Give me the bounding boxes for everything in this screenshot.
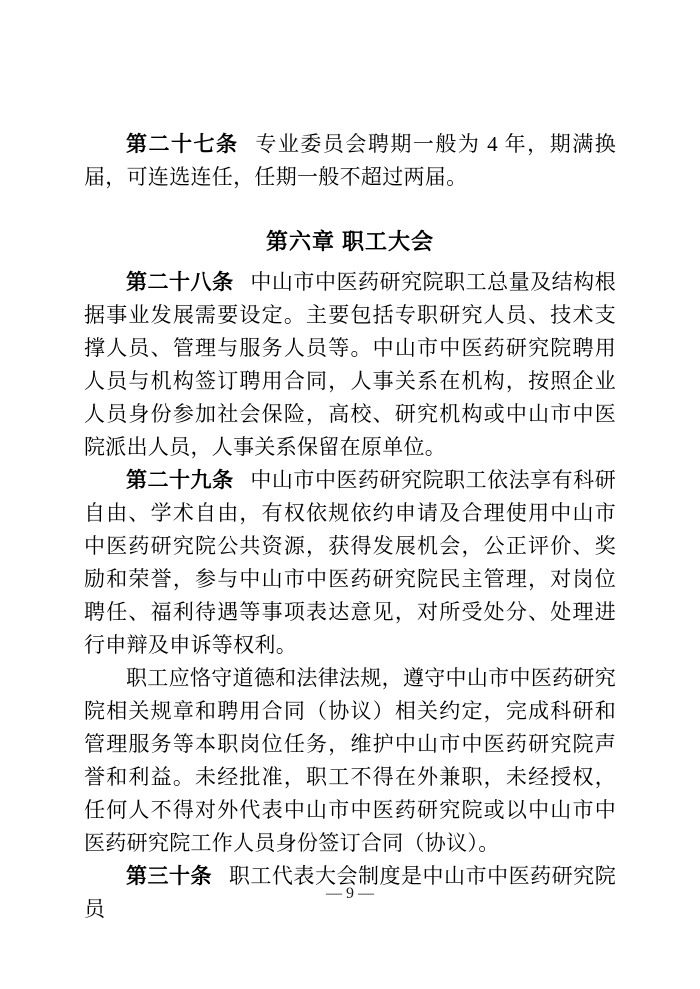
article-28: 第二十八条中山市中医药研究院职工总量及结构根据事业发展需要设定。主要包括专职研究… [84, 266, 616, 464]
article-29-text: 中山市中医药研究院职工依法享有科研自由、学术自由，有权依规依约申请及合理使用中山… [84, 468, 616, 657]
page-number: — 9 — [0, 884, 700, 904]
duties-paragraph: 职工应恪守道德和法律法规，遵守中山市中医药研究院相关规章和聘用合同（协议）相关约… [84, 662, 616, 860]
article-27-label: 第二十七条 [126, 133, 239, 156]
article-29: 第二十九条中山市中医药研究院职工依法享有科研自由、学术自由，有权依规依约申请及合… [84, 464, 616, 662]
article-28-label: 第二十八条 [126, 271, 234, 294]
article-29-label: 第二十九条 [126, 469, 234, 492]
duties-paragraph-text: 职工应恪守道德和法律法规，遵守中山市中医药研究院相关规章和聘用合同（协议）相关约… [84, 666, 616, 855]
document-page: 第二十七条专业委员会聘期一般为 4 年，期满换届，可连选连任，任期一般不超过两届… [0, 0, 700, 989]
document-body: 第二十七条专业委员会聘期一般为 4 年，期满换届，可连选连任，任期一般不超过两届… [0, 0, 700, 926]
chapter-heading: 第六章 职工大会 [84, 225, 616, 258]
article-27: 第二十七条专业委员会聘期一般为 4 年，期满换届，可连选连任，任期一般不超过两届… [84, 128, 616, 194]
article-28-text: 中山市中医药研究院职工总量及结构根据事业发展需要设定。主要包括专职研究人员、技术… [84, 270, 616, 459]
